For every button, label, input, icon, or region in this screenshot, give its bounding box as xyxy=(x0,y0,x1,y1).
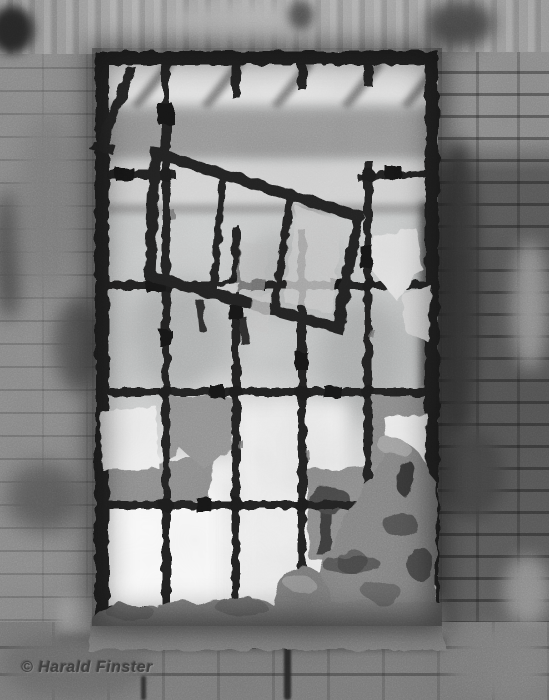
window-frame-group xyxy=(100,58,436,614)
backdrop-light-band xyxy=(96,162,438,206)
wall-hole-patch xyxy=(0,6,34,54)
wall-patch xyxy=(425,0,495,48)
sill-shadow xyxy=(56,636,446,650)
crack-line xyxy=(284,642,291,700)
daylight-core xyxy=(106,490,218,612)
backdrop-ledge-line xyxy=(96,204,438,214)
rubble-group xyxy=(86,439,446,650)
jamb-shadow xyxy=(420,202,438,622)
wall-patch xyxy=(0,632,150,700)
backdrop-blotch xyxy=(132,278,228,394)
wall-patch xyxy=(288,0,314,30)
window-soot-vignette xyxy=(92,48,442,626)
backdrop-roof-band xyxy=(96,52,438,104)
wall-patch xyxy=(440,430,504,520)
backdrop-rafter xyxy=(131,59,174,110)
glass-shards-group xyxy=(100,228,436,606)
wall-patch xyxy=(512,240,548,370)
backdrop-rafter xyxy=(201,59,244,110)
wall-patch xyxy=(446,628,549,700)
wall-patch xyxy=(16,110,80,300)
backdrop-dark-band xyxy=(96,108,438,160)
wall-patch xyxy=(170,2,320,42)
daylight-glow-left xyxy=(98,462,236,620)
wall-patch xyxy=(0,190,24,320)
film-grain-texture xyxy=(0,0,549,700)
wall-bottom-courses xyxy=(0,622,549,700)
wall-top-lintel xyxy=(0,0,549,54)
wall-patch xyxy=(6,462,82,532)
debris-upper-group xyxy=(98,386,436,570)
wall-right-pier xyxy=(438,52,549,624)
copyright-watermark: © Harald Finster xyxy=(21,659,153,677)
backdrop-rafter xyxy=(401,59,438,110)
wall-patch xyxy=(54,296,100,392)
backdrop-rafter xyxy=(271,59,314,110)
photograph: © Harald Finster xyxy=(0,0,549,700)
window-grid-graphic xyxy=(0,0,549,700)
soot-patch xyxy=(438,140,480,440)
backdrop-blotch xyxy=(242,230,346,322)
weathering-texture xyxy=(0,0,549,700)
sill-highlight xyxy=(58,598,442,638)
backdrop-blotch xyxy=(180,378,304,474)
wall-patch xyxy=(504,556,549,626)
crack-line xyxy=(141,676,146,700)
daylight-glow-center xyxy=(236,402,348,620)
backdrop-rafter xyxy=(341,59,384,110)
backdrop-blotch xyxy=(322,298,406,422)
window-opening xyxy=(96,52,438,622)
detached-sash-group xyxy=(89,66,358,346)
